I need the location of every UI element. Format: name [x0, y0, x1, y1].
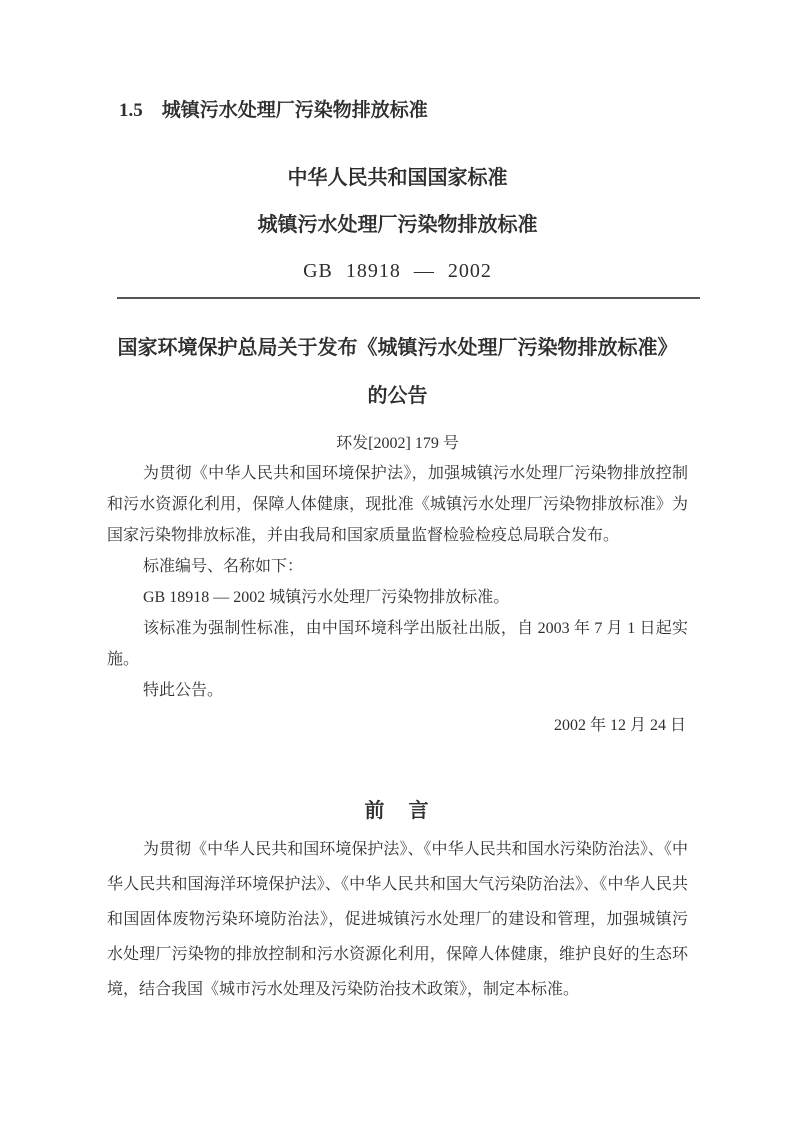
announcement-paragraph: 为贯彻《中华人民共和国环境保护法》，加强城镇污水处理厂污染物排放控制和污水资源化… — [107, 458, 688, 551]
announcement-paragraph: 标准编号、名称如下： — [107, 551, 688, 582]
standard-header: 中华人民共和国国家标准 城镇污水处理厂污染物排放标准 GB 18918 — 20… — [107, 165, 688, 284]
document-page: 1.5 城镇污水处理厂污染物排放标准 中华人民共和国国家标准 城镇污水处理厂污染… — [0, 0, 800, 1131]
section-heading: 1.5 城镇污水处理厂污染物排放标准 — [107, 0, 688, 123]
announcement-body: 为贯彻《中华人民共和国环境保护法》，加强城镇污水处理厂污染物排放控制和污水资源化… — [107, 458, 688, 706]
standard-code-line: GB 18918 — 2002 — [107, 258, 688, 284]
standard-title-line: 城镇污水处理厂污染物排放标准 — [107, 212, 688, 238]
standard-country-line: 中华人民共和国国家标准 — [107, 165, 688, 191]
announcement-doc-number: 环发[2002] 179 号 — [107, 433, 688, 454]
announcement-date: 2002 年 12 月 24 日 — [107, 710, 688, 741]
announcement-section: 国家环境保护总局关于发布《城镇污水处理厂污染物排放标准》 的公告 环发[2002… — [107, 335, 688, 741]
header-divider — [117, 297, 700, 299]
announcement-title-line1: 国家环境保护总局关于发布《城镇污水处理厂污染物排放标准》 — [107, 335, 688, 361]
announcement-paragraph: GB 18918 — 2002 城镇污水处理厂污染物排放标准。 — [107, 582, 688, 613]
foreword-paragraph: 为贯彻《中华人民共和国环境保护法》、《中华人民共和国水污染防治法》、《中华人民共… — [107, 832, 688, 1007]
foreword-section: 前 言 为贯彻《中华人民共和国环境保护法》、《中华人民共和国水污染防治法》、《中… — [107, 798, 688, 1007]
foreword-title: 前 言 — [107, 798, 688, 824]
announcement-paragraph: 特此公告。 — [107, 675, 688, 706]
announcement-paragraph: 该标准为强制性标准，由中国环境科学出版社出版，自 2003 年 7 月 1 日起… — [107, 613, 688, 675]
announcement-title-line2: 的公告 — [107, 383, 688, 409]
